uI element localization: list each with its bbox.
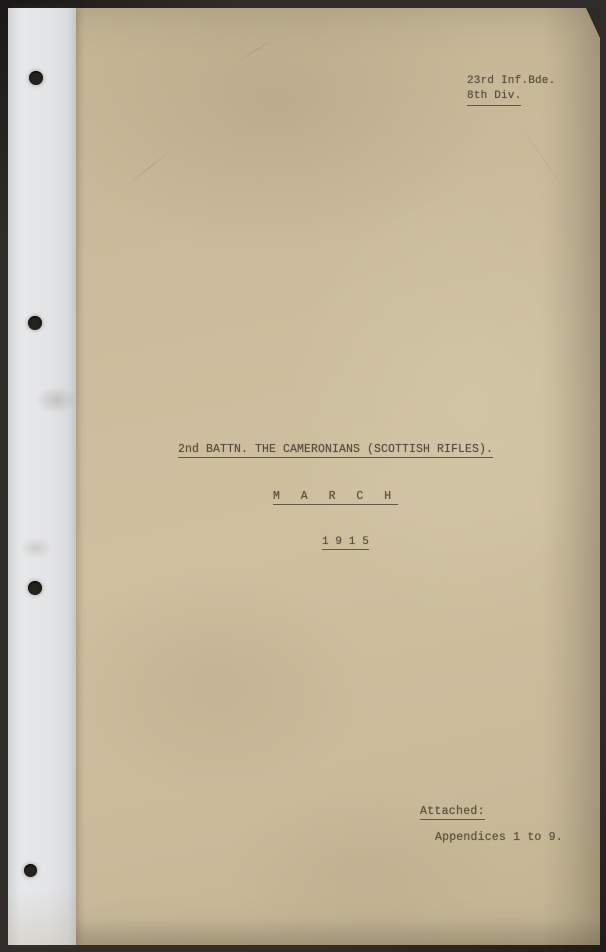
appendices-note: Appendices 1 to 9. — [435, 831, 563, 844]
year-heading: 1 9 1 5 — [322, 536, 369, 550]
punch-hole — [24, 864, 37, 877]
punch-hole — [28, 316, 42, 330]
year-text: 1 9 1 5 — [322, 536, 369, 550]
brigade-line: 23rd Inf.Bde. — [467, 74, 555, 89]
paper-crease — [124, 150, 172, 188]
punch-hole — [29, 71, 43, 85]
month-heading: M A R C H — [273, 490, 398, 505]
folded-corner — [586, 8, 600, 38]
paper-sheet: 23rd Inf.Bde. 8th Div. 2nd BATTN. THE CA… — [8, 8, 600, 945]
attached-label-text: Attached: — [420, 805, 485, 820]
paper-crease — [236, 38, 275, 63]
binding-strip — [8, 8, 76, 945]
paper-crease — [517, 121, 569, 195]
scanned-page: 23rd Inf.Bde. 8th Div. 2nd BATTN. THE CA… — [0, 0, 606, 952]
document-title-text: 2nd BATTN. THE CAMERONIANS (SCOTTISH RIF… — [178, 443, 493, 458]
division-line: 8th Div. — [467, 89, 555, 106]
month-text: M A R C H — [273, 490, 398, 505]
unit-designation: 23rd Inf.Bde. 8th Div. — [467, 74, 555, 106]
punch-hole — [28, 581, 42, 595]
attached-label: Attached: — [420, 805, 485, 820]
division-text: 8th Div. — [467, 89, 521, 106]
document-title: 2nd BATTN. THE CAMERONIANS (SCOTTISH RIF… — [178, 443, 493, 458]
